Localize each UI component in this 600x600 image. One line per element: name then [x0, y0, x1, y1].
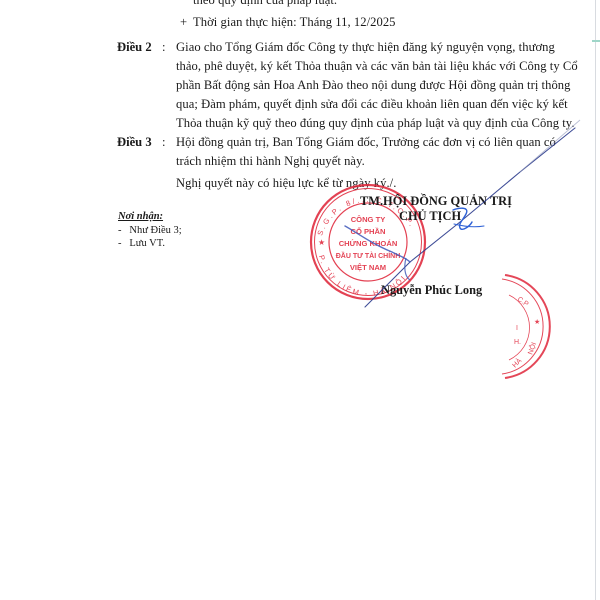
- document-page: theo quy định của pháp luật. + Thời gian…: [0, 0, 600, 600]
- page-edge-marker: [592, 40, 600, 42]
- page-edge-line: [595, 0, 596, 600]
- handwritten-signature: [0, 0, 600, 600]
